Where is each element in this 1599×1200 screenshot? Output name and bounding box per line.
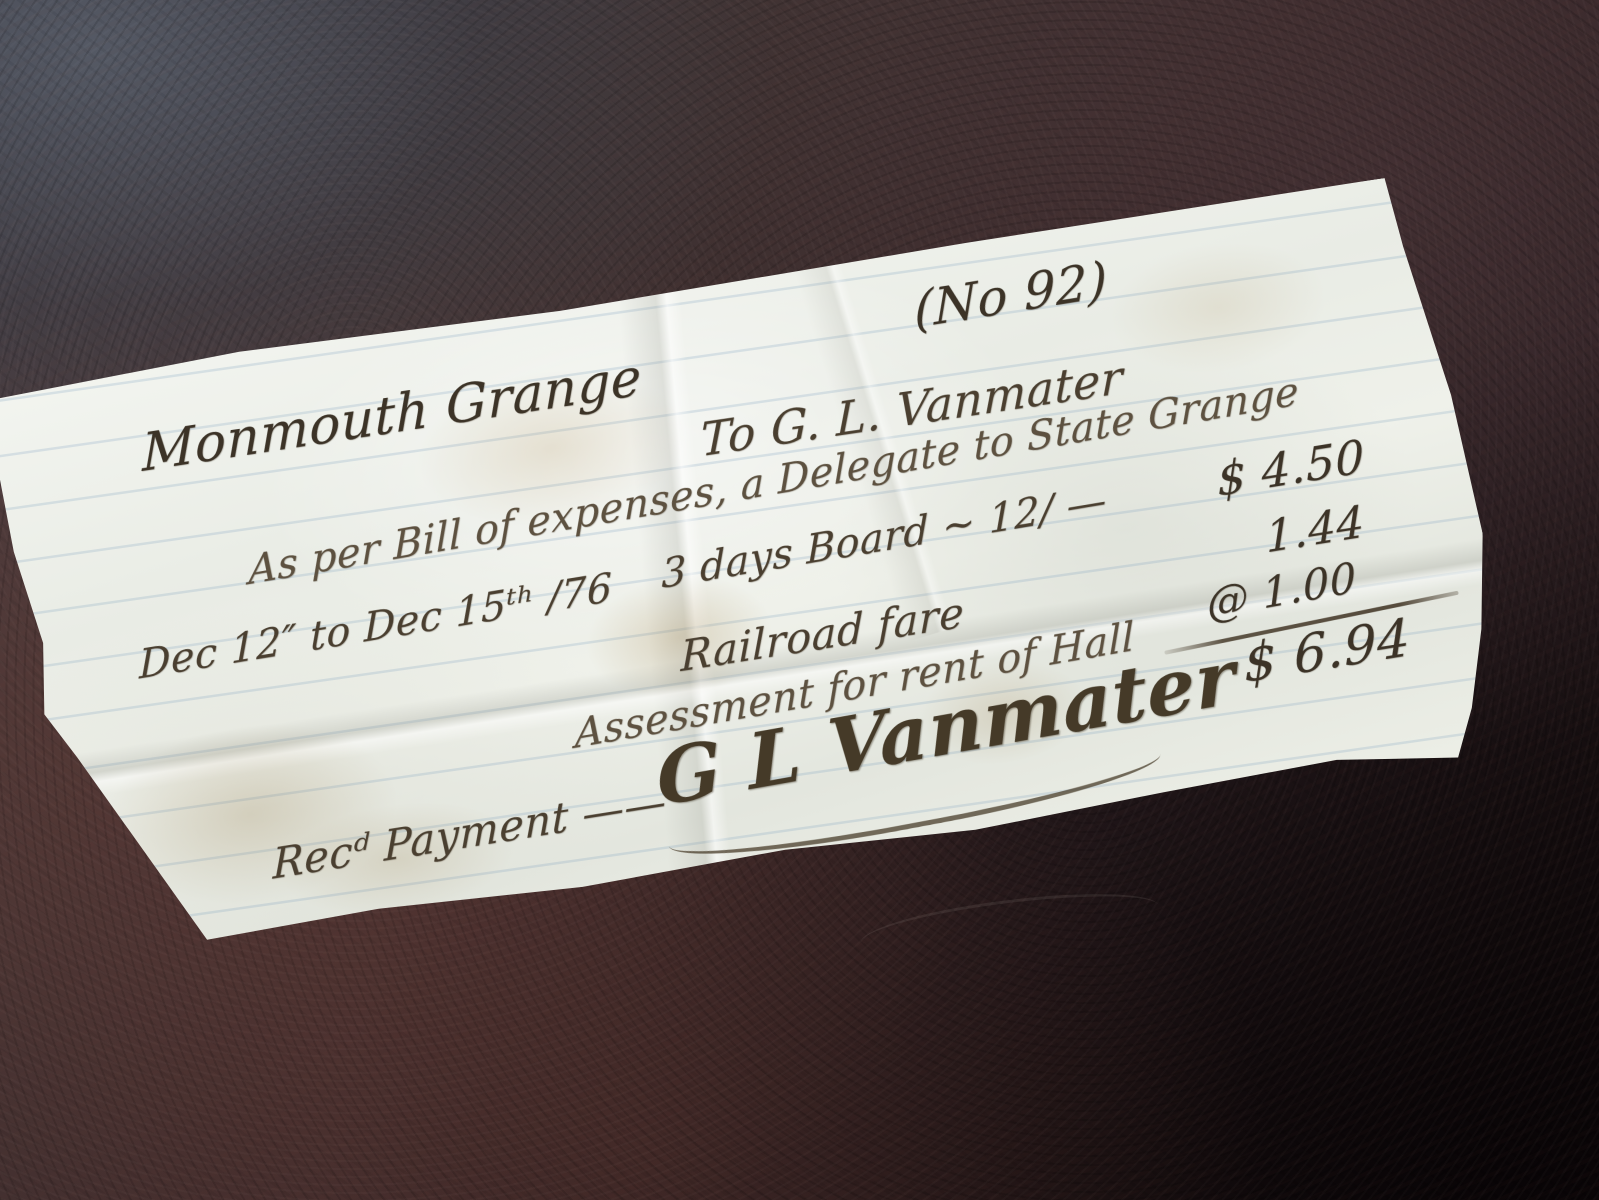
photo-scene: Monmouth Grange (No 92) To G. L. Vanmate… — [0, 0, 1599, 1200]
